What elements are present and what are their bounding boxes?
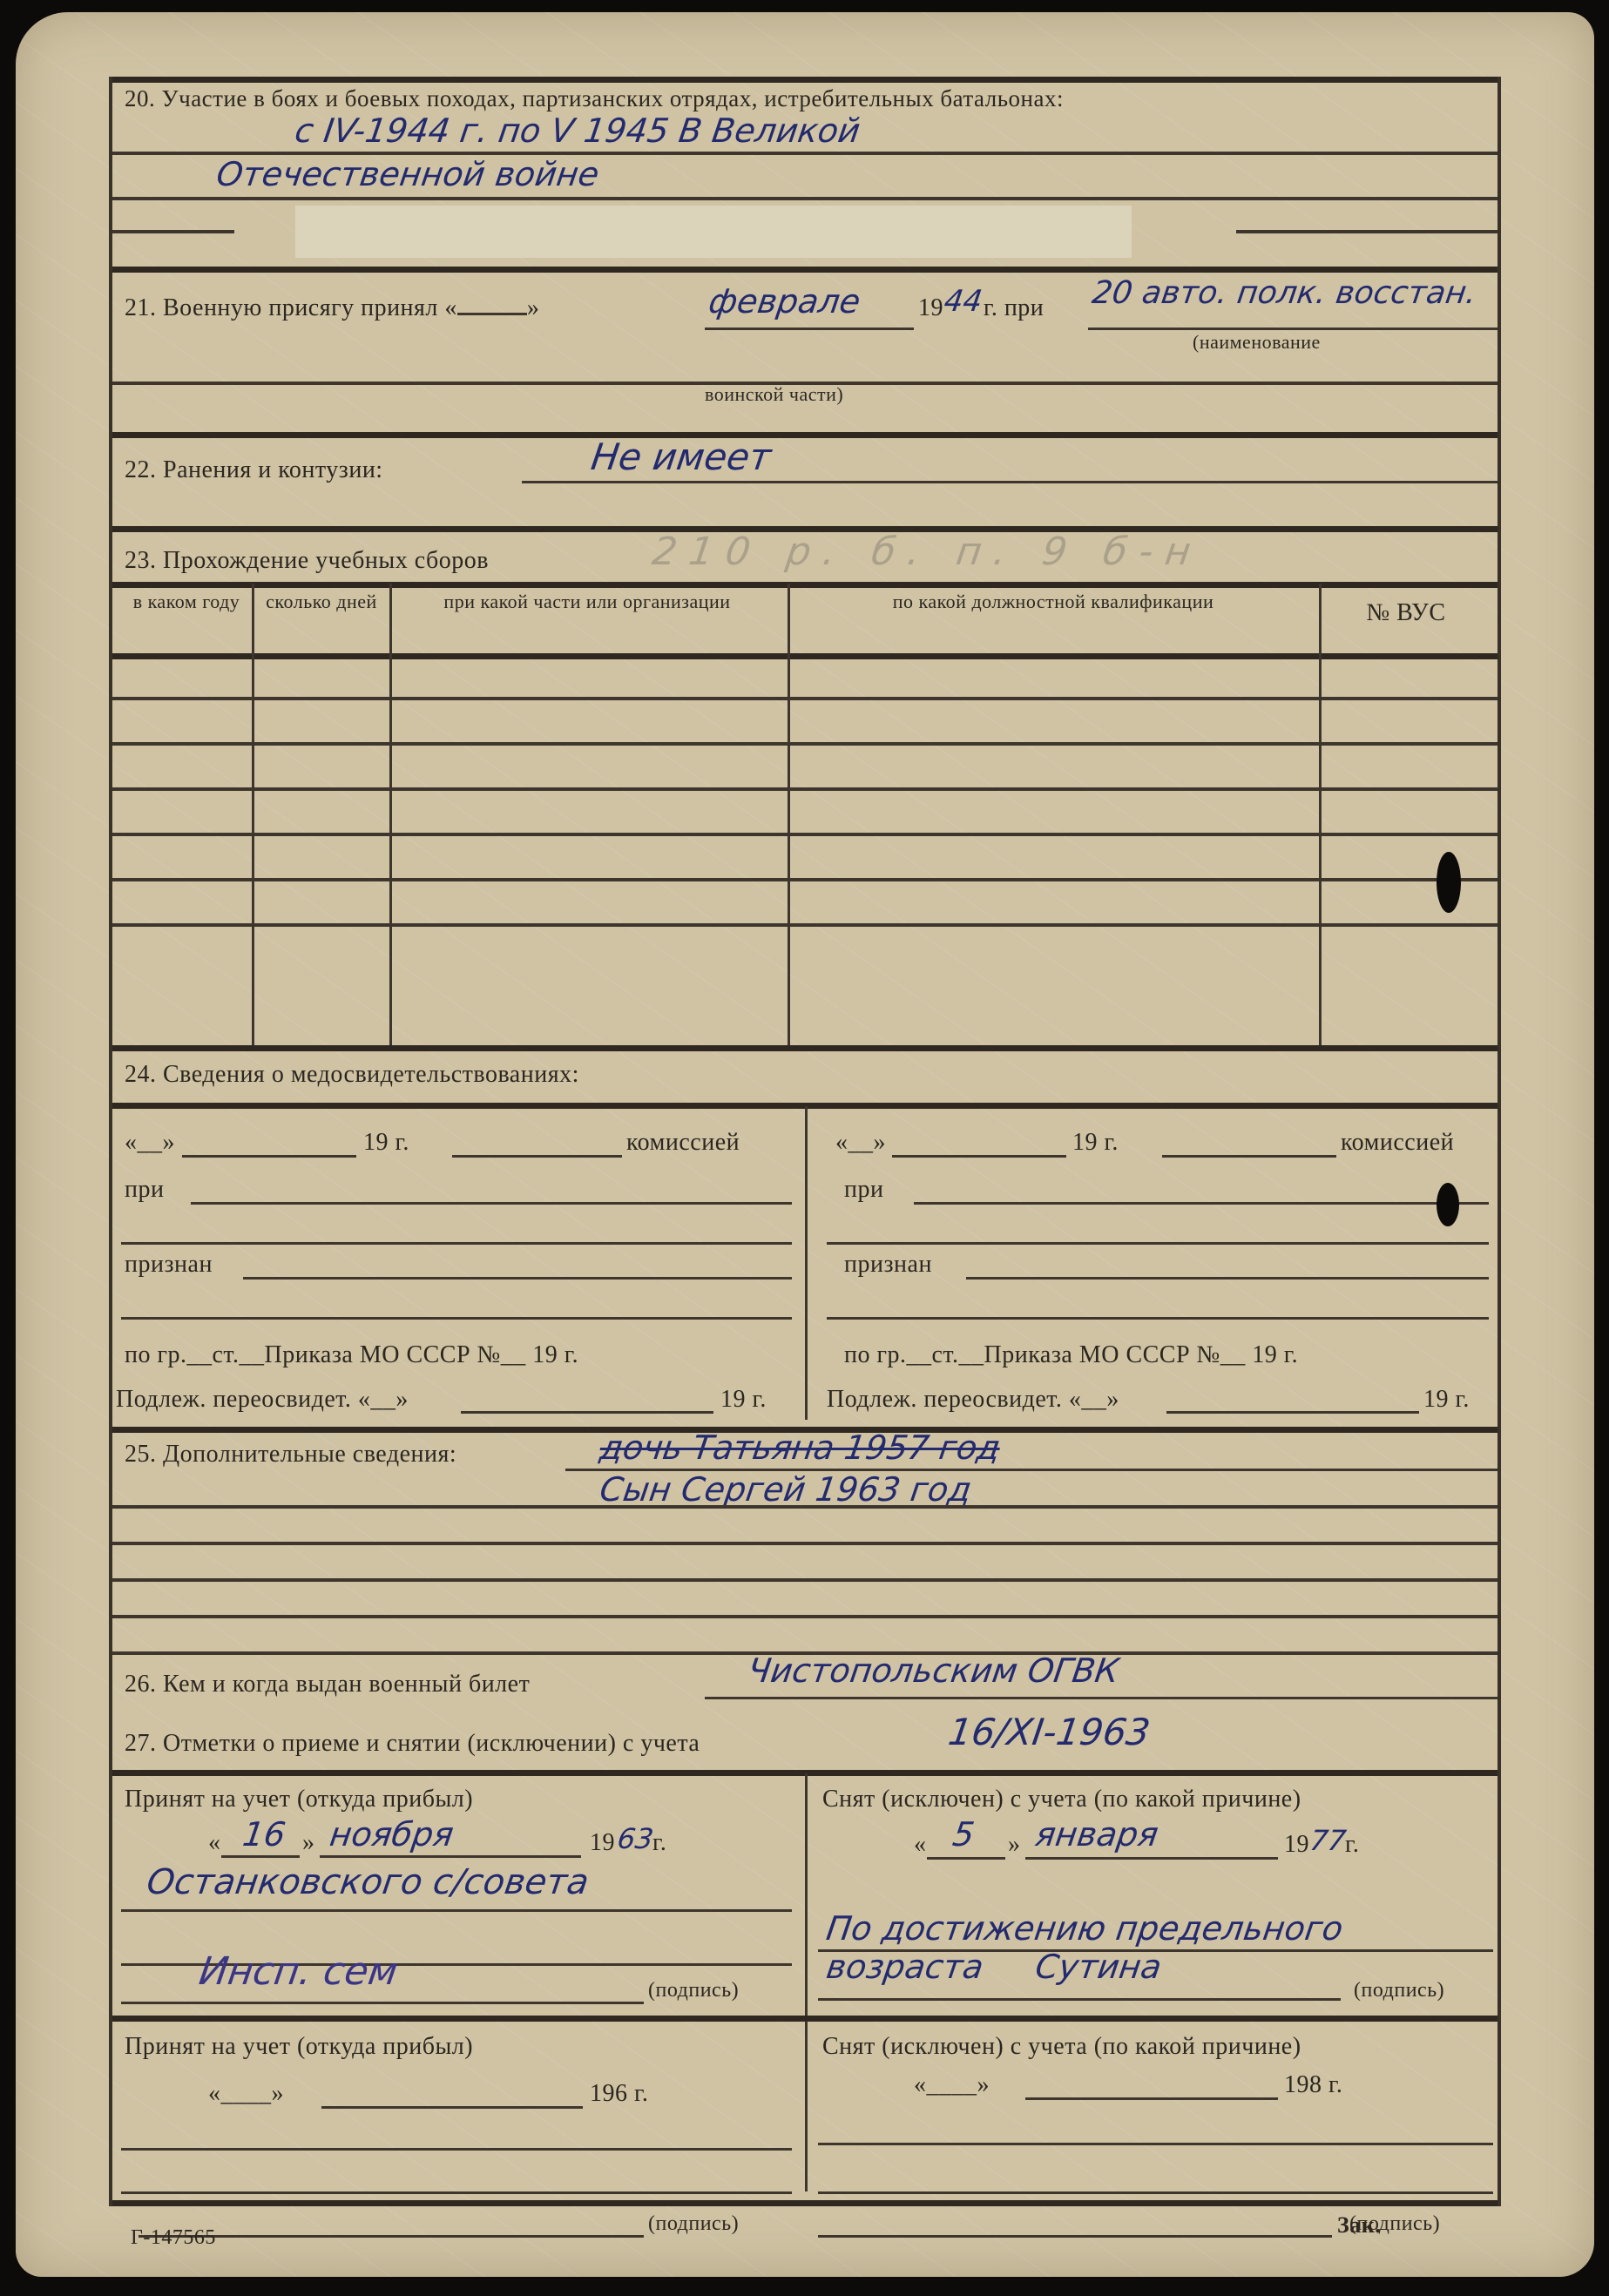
section-divider: [112, 432, 1497, 438]
s25-line: [112, 1542, 1497, 1545]
s25-label: 25. Дополнительные сведения:: [125, 1441, 456, 1469]
paper-tear: [1437, 1183, 1459, 1226]
s24r-recheck-year: 19 г.: [1423, 1386, 1470, 1414]
blank: [1166, 1411, 1419, 1414]
b2r-title: Снят (исключен) с учета (по какой причин…: [822, 2033, 1301, 2061]
col-divider: [252, 584, 254, 1045]
s25-line: [112, 1578, 1497, 1582]
b2l-title: Принят на учет (откуда прибыл): [125, 2033, 473, 2061]
blank: [892, 1155, 1066, 1158]
s27-label: 27. Отметки о приеме и снятии (исключени…: [125, 1730, 700, 1758]
s24r-recheck: Подлеж. переосвидет. «__»: [827, 1386, 1119, 1414]
col-divider: [805, 1773, 808, 2191]
th-year: в каком году: [121, 591, 252, 613]
s24l-commission: комиссией: [626, 1129, 740, 1157]
s23-faint-note: 210 р. б. п. 9 б-н: [649, 530, 1206, 574]
b1r-title: Снят (исключен) с учета (по какой причин…: [822, 1786, 1301, 1813]
paper-tear: [1437, 852, 1461, 913]
s21-month-blank: [705, 328, 914, 330]
b1r-year-suffix: г.: [1345, 1831, 1359, 1859]
s20-handwritten-line1: с IV-1944 г. по V 1945 В Великой: [293, 111, 862, 150]
section-divider: [112, 2016, 1497, 2022]
s24r-verdict: признан: [844, 1251, 932, 1279]
blank: [1025, 1857, 1278, 1860]
blank: [827, 1242, 1489, 1245]
b1l-title: Принят на учет (откуда прибыл): [125, 1786, 473, 1813]
b1r-year-prefix: 19: [1284, 1831, 1309, 1859]
s24l-pri: при: [125, 1176, 164, 1204]
blank: [191, 1202, 792, 1205]
b2l-sig-caption: (подпись): [648, 2212, 739, 2236]
quote-open: «: [914, 1831, 927, 1859]
s24l-year: 19 г.: [363, 1129, 409, 1157]
b1l-sig-caption: (подпись): [648, 1979, 739, 2002]
blank: [121, 2148, 792, 2151]
table-row: [112, 742, 1497, 746]
s22-blank: [522, 481, 1497, 483]
s22-value: Не имеет: [589, 436, 774, 478]
s24r-date: «__»: [835, 1129, 886, 1157]
table-row: [112, 923, 1497, 927]
quote-close: »: [302, 1829, 315, 1857]
quote-open: «: [208, 1829, 221, 1857]
th-vus: № ВУС: [1332, 599, 1480, 627]
s20-line: [112, 197, 1497, 200]
b1l-month: ноября: [328, 1815, 456, 1854]
s21-caption2: воинской части): [705, 383, 843, 406]
s21-year: 44: [942, 284, 984, 319]
s24r-order: по гр.__ст.__Приказа МО СССР №__ 19 г.: [844, 1341, 1298, 1369]
blank: [966, 1277, 1489, 1280]
s26-value: Чистопольским ОГВК: [746, 1651, 1121, 1690]
blank: [914, 1202, 1489, 1205]
blank: [818, 2191, 1493, 2194]
blank: [927, 1857, 1005, 1860]
s20-handwritten-line2: Отечественной войне: [214, 155, 602, 193]
b1r-signature: Сутина: [1033, 1948, 1164, 1986]
s23-label: 23. Прохождение учебных сборов: [125, 547, 489, 575]
blank: [461, 1411, 713, 1414]
col-divider: [389, 584, 392, 1045]
form-frame: 20. Участие в боях и боевых походах, пар…: [109, 77, 1501, 2206]
b1r-reason-line2: возраста: [824, 1948, 986, 1986]
b1r-year: 77: [1308, 1824, 1348, 1857]
s25-line: [112, 1505, 1497, 1509]
blank: [827, 1317, 1489, 1320]
s20-line: [1236, 230, 1497, 233]
b1r-month: января: [1033, 1815, 1161, 1854]
s21-label-post: г. при: [984, 294, 1044, 322]
blank: [121, 2191, 792, 2194]
b2r-date: «____»: [914, 2071, 990, 2099]
b1l-day: 16: [240, 1815, 288, 1854]
s24r-year: 19 г.: [1072, 1129, 1119, 1157]
b2l-year: 196 г.: [590, 2080, 648, 2108]
s22-label: 22. Ранения и контузии:: [125, 456, 383, 484]
order-label: Зак.: [1337, 2212, 1381, 2239]
table-row: [112, 833, 1497, 836]
blank: [1025, 2097, 1278, 2100]
redacted-area: [295, 206, 1132, 258]
blank: [121, 1242, 792, 1245]
b2l-date: «____»: [208, 2080, 284, 2108]
col-divider: [788, 584, 790, 1045]
table-row: [112, 878, 1497, 881]
b1l-year-prefix: 19: [590, 1829, 615, 1857]
table-header-divider: [112, 653, 1497, 659]
b2r-year: 198 г.: [1284, 2071, 1342, 2099]
blank: [452, 1155, 622, 1158]
s21-year-prefix: 19: [918, 294, 943, 322]
blank: [121, 2002, 644, 2004]
s21-unit-blank: [1088, 328, 1497, 330]
s21-caption1: (наименование: [1193, 331, 1321, 354]
s21-label: 21. Военную присягу принял «»: [125, 294, 539, 322]
b1l-year: 63: [615, 1822, 655, 1855]
s21-label-pre: 21. Военную присягу принял «: [125, 294, 457, 321]
s24r-commission: комиссией: [1341, 1129, 1454, 1157]
b1l-year-suffix: г.: [652, 1829, 666, 1857]
blank: [221, 1855, 300, 1858]
th-days: сколько дней: [256, 591, 387, 613]
table-row: [112, 787, 1497, 791]
table-row: [112, 697, 1497, 700]
s24l-recheck-year: 19 г.: [720, 1386, 767, 1414]
s20-label: 20. Участие в боях и боевых походах, пар…: [125, 85, 1064, 112]
s21-label-mid: »: [527, 294, 540, 321]
quote-close: »: [1008, 1831, 1021, 1859]
s25-entry: Сын Сергей 1963 год: [598, 1470, 974, 1509]
form-code: Г-147565: [131, 2226, 216, 2250]
b1l-signature: Инсп. сем: [196, 1949, 400, 1994]
s27-value: 16/XI-1963: [946, 1711, 1153, 1753]
b1r-reason-line1: По достижению предельного: [824, 1909, 1346, 1948]
blank: [1162, 1155, 1336, 1158]
th-qualification: по какой должностной квалификации: [796, 591, 1310, 613]
col-divider: [1319, 584, 1322, 1045]
s20-line: [112, 230, 234, 233]
s26-label: 26. Кем и когда выдан военный билет: [125, 1671, 530, 1698]
blank: [818, 1998, 1341, 2001]
blank: [243, 1277, 792, 1280]
divider: [112, 77, 1497, 83]
s25-line: [112, 1615, 1497, 1618]
s24l-verdict: признан: [125, 1251, 213, 1279]
col-divider: [805, 1106, 808, 1420]
blank: [818, 2235, 1332, 2238]
s21-unit: 20 авто. полк. восстан.: [1090, 275, 1478, 311]
s21-day-blank: [457, 313, 527, 315]
section-divider: [112, 267, 1497, 273]
s25-struck-entry: дочь Татьяна 1957 год: [598, 1428, 1003, 1467]
th-unit: при какой части или организации: [400, 591, 774, 613]
s24l-recheck: Подлеж. переосвидет. «__»: [116, 1386, 409, 1414]
s21-month: феврале: [706, 282, 863, 321]
s24r-pri: при: [844, 1176, 883, 1204]
b1r-sig-caption: (подпись): [1354, 1979, 1444, 2002]
blank: [121, 1909, 792, 1912]
blank: [121, 1317, 792, 1320]
table-top: [112, 582, 1497, 588]
form-bottom-border: [112, 2200, 1497, 2206]
blank: [320, 1855, 581, 1858]
blank: [182, 1155, 356, 1158]
blank: [321, 2106, 583, 2109]
blank: [705, 1697, 1497, 1699]
section-divider: [112, 1045, 1497, 1051]
b1l-from: Останковского с/совета: [145, 1862, 592, 1902]
blank: [818, 2143, 1493, 2145]
s24-label: 24. Сведения о медосвидетельствованиях:: [125, 1061, 579, 1089]
b1r-day: 5: [950, 1815, 977, 1854]
s24l-order: по гр.__ст.__Приказа МО СССР №__ 19 г.: [125, 1341, 578, 1369]
s24l-date: «__»: [125, 1129, 175, 1157]
